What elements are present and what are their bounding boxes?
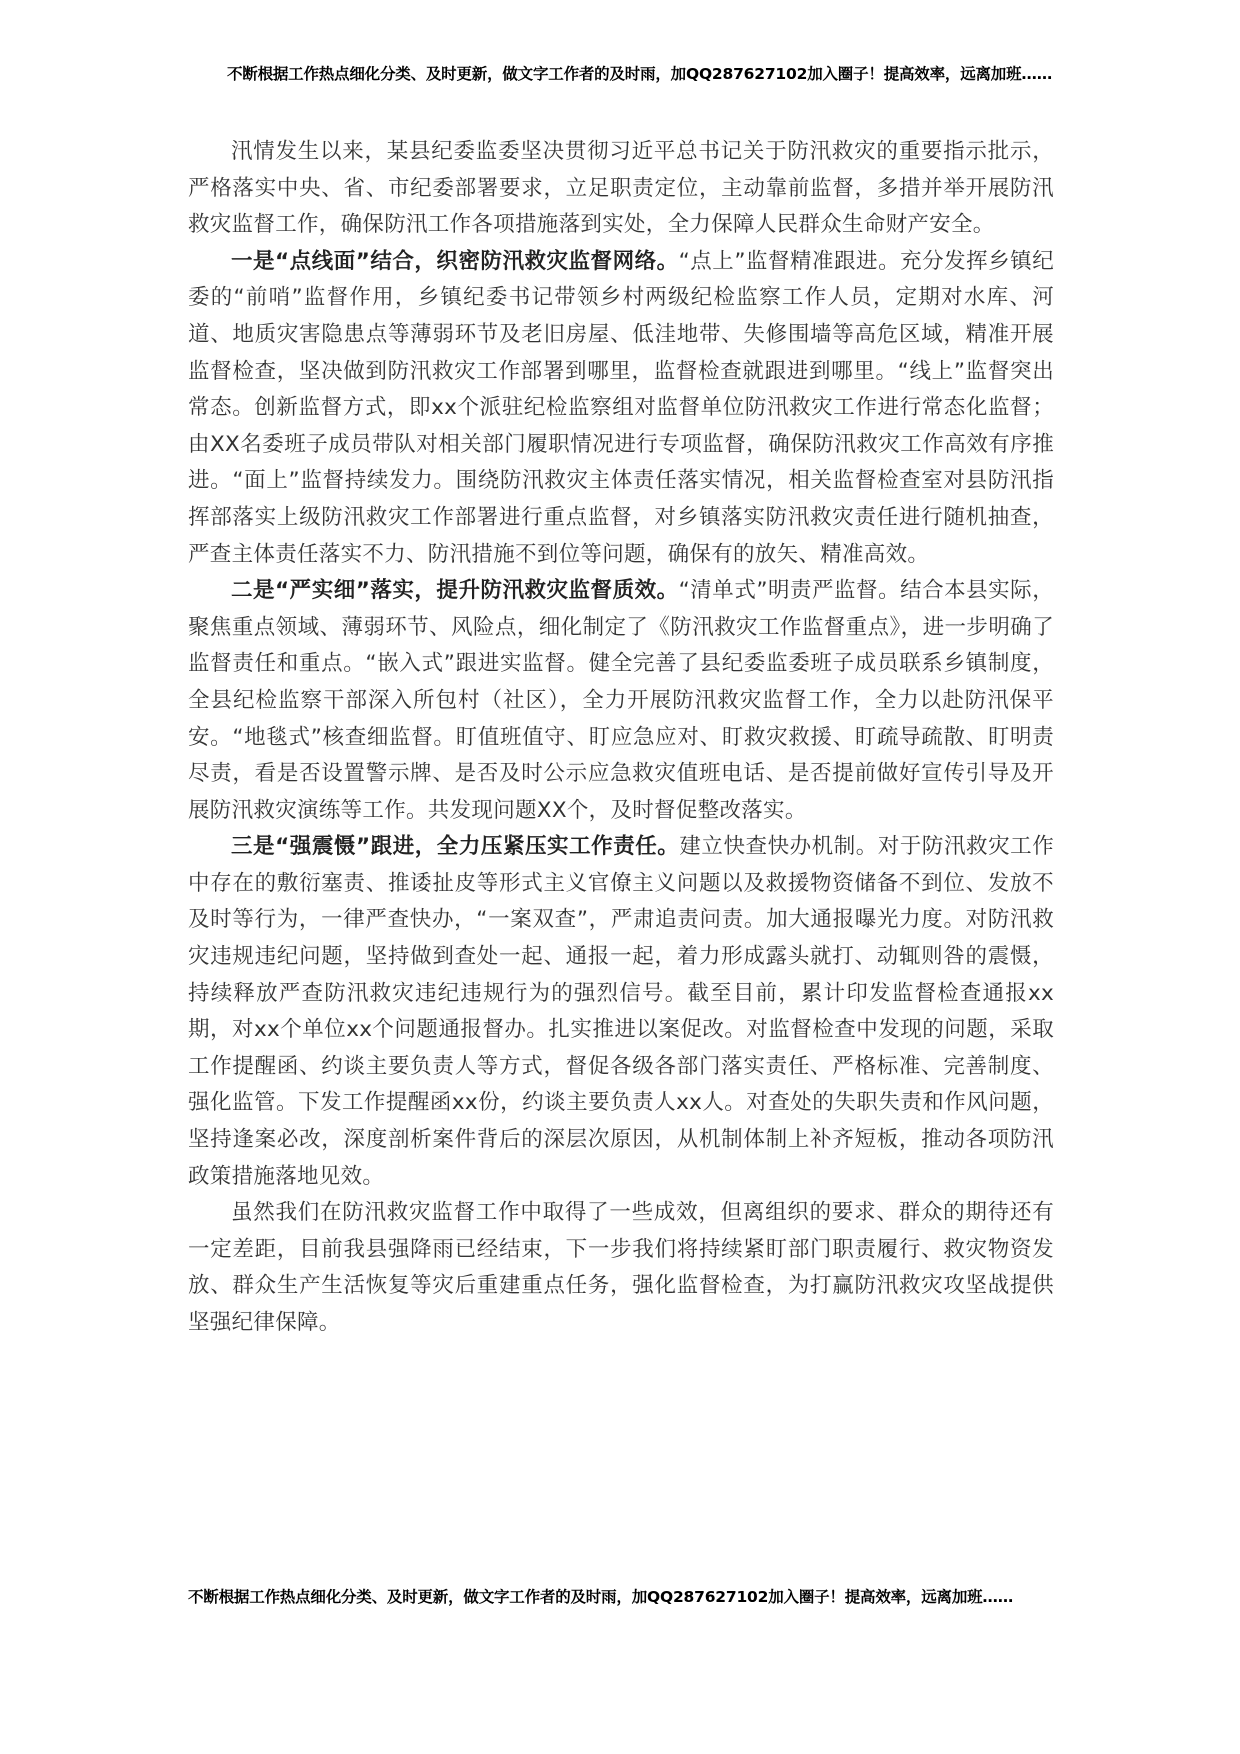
paragraph-text: 虽然我们在防汛救灾监督工作中取得了一些成效，但离组织的要求、群众的期待还有一定差… bbox=[188, 1200, 1054, 1335]
document-page: 不断根据工作热点细化分类、及时更新，做文字工作者的及时雨，加QQ28762710… bbox=[0, 0, 1240, 1754]
paragraph-conclusion: 虽然我们在防汛救灾监督工作中取得了一些成效，但离组织的要求、群众的期待还有一定差… bbox=[188, 1195, 1054, 1341]
footer-promo-note: 不断根据工作热点细化分类、及时更新，做文字工作者的及时雨，加QQ28762710… bbox=[188, 1585, 1054, 1610]
paragraph-text: “点上”监督精准跟进。充分发挥乡镇纪委的“前哨”监督作用，乡镇纪委书记带领乡村两… bbox=[188, 249, 1054, 567]
paragraph-lead: 一是“点线面”结合，织密防汛救灾监督网络。 bbox=[231, 249, 679, 274]
header-promo-note: 不断根据工作热点细化分类、及时更新，做文字工作者的及时雨，加QQ28762710… bbox=[190, 62, 1052, 87]
paragraph-text: 汛情发生以来，某县纪委监委坚决贯彻习近平总书记关于防汛救灾的重要指示批示，严格落… bbox=[188, 139, 1054, 237]
paragraph-text: 建立快查快办机制。对于防汛救灾工作中存在的敷衍塞责、推诿扯皮等形式主义官僚主义问… bbox=[188, 834, 1054, 1188]
paragraph-point-three: 三是“强震慑”跟进，全力压紧压实工作责任。建立快查快办机制。对于防汛救灾工作中存… bbox=[188, 829, 1054, 1195]
document-body: 汛情发生以来，某县纪委监委坚决贯彻习近平总书记关于防汛救灾的重要指示批示，严格落… bbox=[188, 134, 1054, 1342]
paragraph-point-one: 一是“点线面”结合，织密防汛救灾监督网络。“点上”监督精准跟进。充分发挥乡镇纪委… bbox=[188, 244, 1054, 573]
paragraph-text: “清单式”明责严监督。结合本县实际，聚焦重点领域、薄弱环节、风险点，细化制定了《… bbox=[188, 578, 1054, 823]
paragraph-point-two: 二是“严实细”落实，提升防汛救灾监督质效。“清单式”明责严监督。结合本县实际，聚… bbox=[188, 573, 1054, 829]
paragraph-lead: 二是“严实细”落实，提升防汛救灾监督质效。 bbox=[231, 578, 679, 603]
paragraph-lead: 三是“强震慑”跟进，全力压紧压实工作责任。 bbox=[231, 834, 679, 859]
paragraph-intro: 汛情发生以来，某县纪委监委坚决贯彻习近平总书记关于防汛救灾的重要指示批示，严格落… bbox=[188, 134, 1054, 244]
